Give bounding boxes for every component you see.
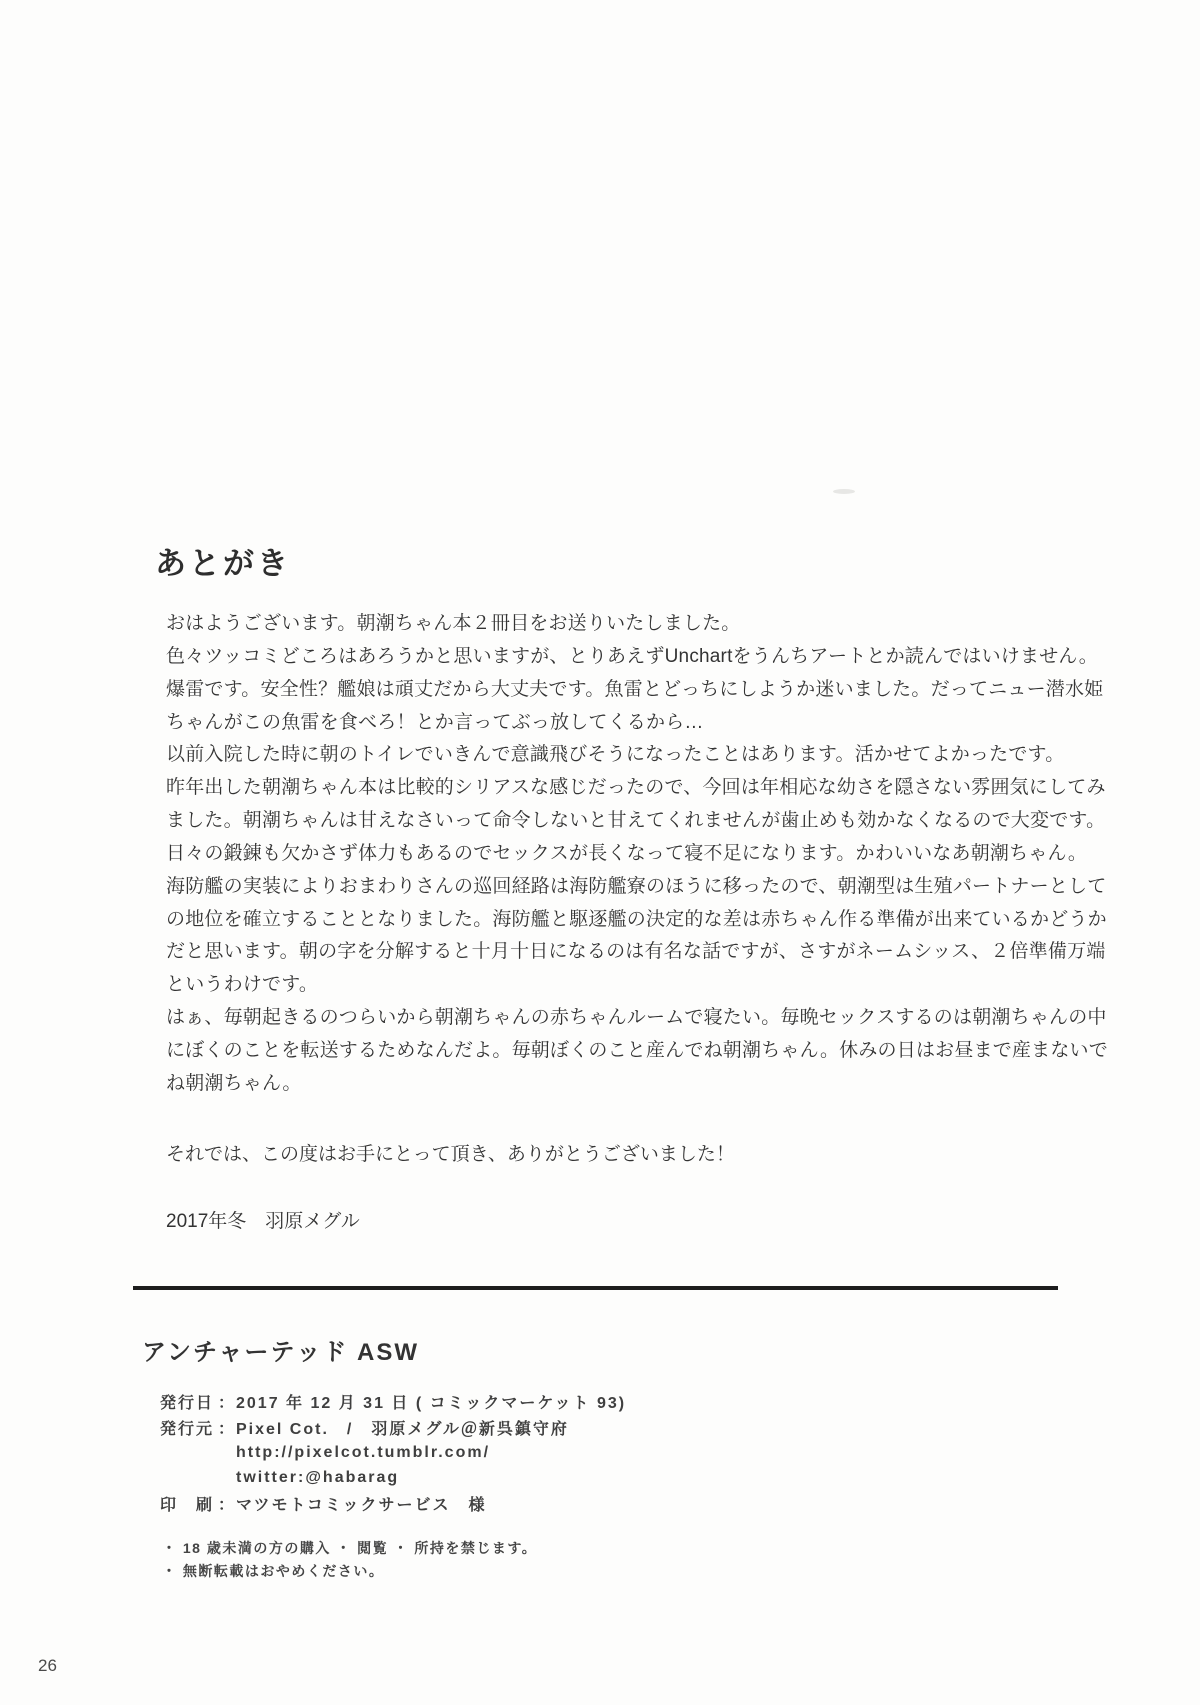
body-line: ました。朝潮ちゃんは甘えなさいって命令しないと甘えてくれませんが歯止めも効かなく… <box>166 805 996 838</box>
colophon-row-twitter: twitter:@habarag <box>160 1466 626 1492</box>
afterword-body: おはようございます。朝潮ちゃん本２冊目をお送りいたしました。色々ツッコミどころは… <box>166 608 996 1101</box>
body-line: 日々の鍛錬も欠かさず体力もあるのでセックスが長くなって寝不足になります。かわいい… <box>166 838 996 871</box>
body-line: 海防艦の実装によりおまわりさんの巡回経路は海防艦寮のほうに移ったので、朝潮型は生… <box>166 871 996 904</box>
colophon-row-publisher: 発行元 ： Pixel Cot. / 羽原メグル＠新呉鎮守府 <box>160 1415 626 1441</box>
body-line: ちゃんがこの魚雷を食べろ！とか言ってぶっ放してくるから… <box>166 707 996 740</box>
twitter-handle: twitter:@habarag <box>234 1469 399 1487</box>
body-line: にぼくのことを転送するためなんだよ。毎朝ぼくのこと産んでね朝潮ちゃん。休みの日は… <box>166 1035 996 1068</box>
afterword-heading: あとがき <box>155 538 291 583</box>
website-url: http://pixelcot.tumblr.com/ <box>234 1444 490 1462</box>
body-line: はぁ、毎朝起きるのつらいから朝潮ちゃんの赤ちゃんルームで寝たい。毎晩セックスする… <box>166 1002 996 1035</box>
colophon-label: 発行日 <box>160 1390 218 1413</box>
colophon: 発行日 ： 2017 年 12 月 31 日 ( コミックマーケット 93) 発… <box>160 1389 626 1517</box>
colophon-value: 2017 年 12 月 31 日 ( コミックマーケット 93) <box>234 1390 626 1413</box>
colophon-row-website: http://pixelcot.tumblr.com/ <box>160 1440 626 1466</box>
colophon-row-publication-date: 発行日 ： 2017 年 12 月 31 日 ( コミックマーケット 93) <box>160 1389 626 1415</box>
body-line: というわけです。 <box>166 969 996 1002</box>
body-line: 爆雷です。安全性？艦娘は頑丈だから大丈夫です。魚雷とどっちにしようか迷いました。… <box>166 674 996 707</box>
colophon-value: マツモトコミックサービス 様 <box>234 1492 487 1515</box>
colophon-row-printer: 印 刷 ： マツモトコミックサービス 様 <box>160 1491 626 1517</box>
scanned-afterword-page: あとがき おはようございます。朝潮ちゃん本２冊目をお送りいたしました。色々ツッコ… <box>0 0 1200 1705</box>
book-title: アンチャーテッド ASW <box>142 1332 419 1367</box>
note-line: ・ 無断転載はおやめください。 <box>162 1560 537 1583</box>
body-line: の地位を確立することとなりました。海防艦と駆逐艦の決定的な差は赤ちゃん作る準備が… <box>166 904 996 937</box>
body-line: だと思います。朝の字を分解すると十月十日になるのは有名な話ですが、さすがネームシ… <box>166 936 996 969</box>
body-line: ね朝潮ちゃん。 <box>166 1068 996 1101</box>
colophon-value: Pixel Cot. / 羽原メグル＠新呉鎮守府 <box>234 1416 569 1439</box>
separator-rule <box>133 1286 1058 1290</box>
body-line: 色々ツッコミどころはあろうかと思いますが、とりあえずUnchartをうんちアート… <box>166 641 996 674</box>
colophon-colon: ： <box>218 1492 234 1515</box>
page-number: 26 <box>38 1656 57 1676</box>
colophon-label: 発行元 <box>160 1416 218 1439</box>
colophon-colon: ： <box>218 1390 234 1413</box>
colophon-label: 印 刷 <box>160 1492 218 1515</box>
note-line: ・ 18 歳未満の方の購入 ・ 閲覧 ・ 所持を禁じます。 <box>162 1537 537 1560</box>
author-signature: 2017年冬 羽原メグル <box>166 1206 360 1233</box>
restriction-notes: ・ 18 歳未満の方の購入 ・ 閲覧 ・ 所持を禁じます。・ 無断転載はおやめく… <box>162 1537 537 1582</box>
scan-artifact <box>833 489 855 494</box>
body-line: 以前入院した時に朝のトイレでいきんで意識飛びそうになったことはあります。活かせて… <box>166 739 996 772</box>
closing-thanks-line: それでは、この度はお手にとって頂き、ありがとうございました！ <box>166 1139 735 1166</box>
colophon-colon: ： <box>218 1416 234 1439</box>
body-line: 昨年出した朝潮ちゃん本は比較的シリアスな感じだったので、今回は年相応な幼さを隠さ… <box>166 772 996 805</box>
body-line: おはようございます。朝潮ちゃん本２冊目をお送りいたしました。 <box>166 608 996 641</box>
